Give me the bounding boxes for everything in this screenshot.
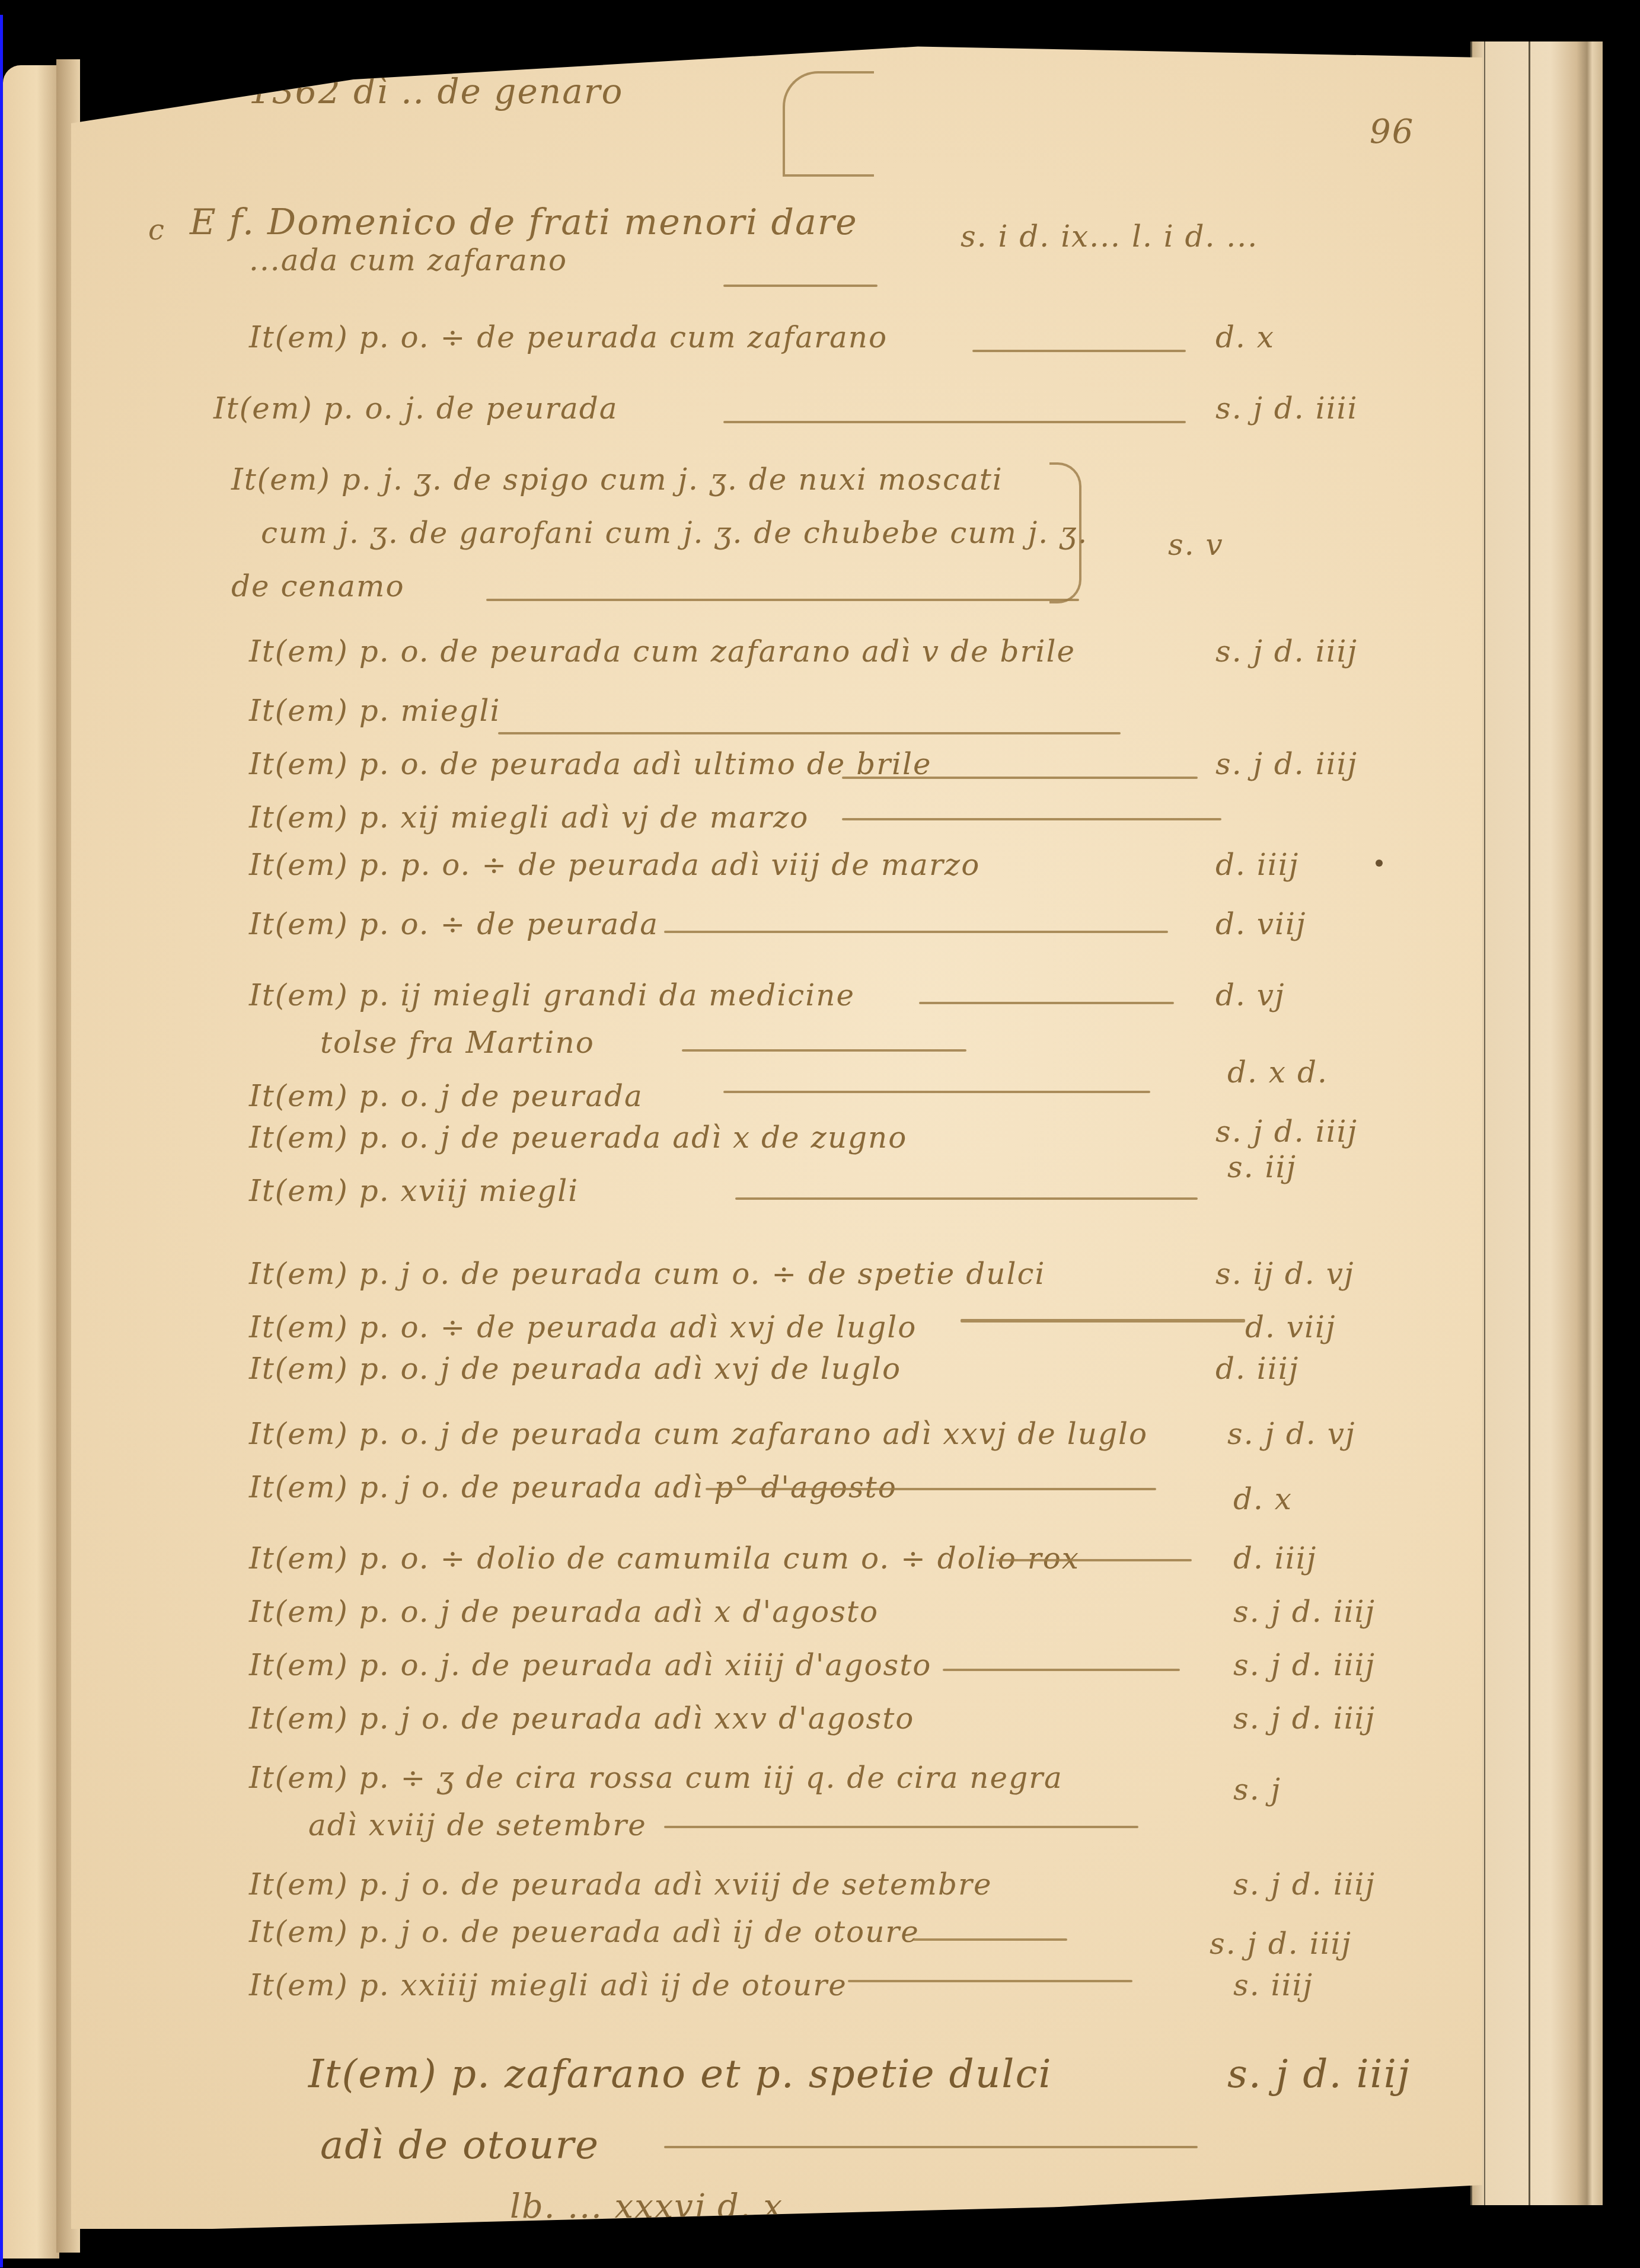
entry-text: It(em) p. ÷ ʒ de cira rossa cum iij q. d… bbox=[249, 1761, 1063, 1795]
ledger-rule bbox=[735, 1197, 1198, 1200]
entry-text: It(em) p. j o. de peuerada adì ij de oto… bbox=[249, 1915, 920, 1949]
ledger-rule bbox=[664, 931, 1168, 933]
entry-text: de cenamo bbox=[231, 569, 405, 603]
opening-entry-line2: ...ada cum zafarano bbox=[249, 243, 567, 277]
entry-amount: s. v bbox=[1168, 528, 1224, 562]
entry-text: It(em) p. o. j de peuerada adì x de zugn… bbox=[249, 1120, 907, 1155]
entry-amount: s. iiij bbox=[1233, 1968, 1313, 2002]
ledger-rule bbox=[848, 1980, 1132, 1982]
entry-amount: d. vj bbox=[1215, 978, 1285, 1012]
entry-amount: d. iiij bbox=[1215, 848, 1299, 882]
folio-number: 96 bbox=[1370, 113, 1414, 151]
page-total: lb. ... xxxvj d. x bbox=[510, 2187, 783, 2226]
opening-entry-amount: s. i d. ix... l. i d. ... bbox=[961, 219, 1258, 254]
entry-text: It(em) p. o. ÷ de peurada cum zafarano bbox=[249, 320, 888, 354]
entry-text: It(em) p. xviij miegli bbox=[249, 1174, 579, 1208]
ledger-rule bbox=[919, 1002, 1174, 1004]
entry-text: It(em) p. p. o. ÷ de peurada adì viij de… bbox=[249, 848, 980, 882]
entry-text: It(em) p. j o. de peurada adì p° d'agost… bbox=[249, 1470, 897, 1504]
ledger-rule bbox=[943, 1669, 1180, 1671]
ledger-rule bbox=[723, 285, 878, 287]
entry-text: It(em) p. o. ÷ de peurada bbox=[249, 907, 659, 941]
entry-amount: s. j d. iiij bbox=[1215, 1114, 1358, 1149]
entry-text: It(em) p. o. j de peurada bbox=[249, 1079, 643, 1113]
entry-text: It(em) p. xxiiij miegli adì ij de otoure bbox=[249, 1968, 847, 2002]
ledger-rule bbox=[996, 1559, 1192, 1561]
grouping-bracket bbox=[1049, 462, 1081, 603]
entry-amount: d. x d. bbox=[1227, 1055, 1328, 1090]
ledger-rule bbox=[664, 1826, 1138, 1828]
entry-amount: s. j d. iiij bbox=[1233, 1701, 1376, 1736]
entry-amount: d. x bbox=[1215, 320, 1275, 354]
entry-amount: d. viij bbox=[1245, 1310, 1336, 1344]
opening-entry-line1: E f. Domenico de frati menori dare bbox=[190, 202, 858, 243]
closing-entry-line1: It(em) p. zafarano et p. spetie dulci bbox=[308, 2051, 1052, 2097]
entry-text: It(em) p. o. j de peurada cum zafarano a… bbox=[249, 1417, 1148, 1451]
ledger-rule bbox=[498, 732, 1121, 734]
ink-dot bbox=[1376, 860, 1383, 867]
header-flourish bbox=[783, 71, 874, 177]
page-stack-edge bbox=[1470, 41, 1603, 2205]
entry-amount: s. iij bbox=[1227, 1150, 1297, 1184]
entry-text: cum j. ʒ. de garofani cum j. ʒ. de chube… bbox=[261, 516, 1088, 550]
ledger-rule bbox=[972, 350, 1186, 352]
ledger-rule bbox=[723, 1091, 1150, 1093]
entry-amount: s. ij d. vj bbox=[1215, 1257, 1354, 1291]
closing-entry-amount: s. j d. iiij bbox=[1227, 2051, 1411, 2097]
margin-letter: c bbox=[148, 213, 165, 247]
entry-amount: d. viij bbox=[1215, 907, 1307, 941]
entry-amount: s. j d. iiii bbox=[1215, 391, 1358, 426]
entry-text: It(em) p. o. j de peurada adì x d'agosto bbox=[249, 1595, 879, 1629]
entry-text: It(em) p. o. j. de peurada bbox=[213, 391, 618, 426]
ledger-rule bbox=[664, 2146, 1198, 2148]
entry-text: It(em) p. ij miegli grandi da medicine bbox=[249, 978, 855, 1012]
entry-text: It(em) p. o. j. de peurada adì xiiij d'a… bbox=[249, 1648, 931, 1682]
entry-text: It(em) p. o. de peurada adì ultimo de br… bbox=[249, 747, 932, 781]
entry-amount: s. j d. iiij bbox=[1215, 634, 1358, 669]
entry-amount: s. j d. iiij bbox=[1210, 1927, 1352, 1961]
entry-text: It(em) p. j o. de peurada adì xxv d'agos… bbox=[249, 1701, 914, 1736]
entry-text: It(em) p. o. ÷ dolio de camumila cum o. … bbox=[249, 1541, 1080, 1576]
entry-amount: d. x bbox=[1233, 1482, 1293, 1516]
entry-text: It(em) p. j o. de peurada adì xviij de s… bbox=[249, 1867, 993, 1902]
ledger-rule bbox=[842, 818, 1221, 820]
entry-text: It(em) p. j. ʒ. de spigo cum j. ʒ. de nu… bbox=[231, 462, 1003, 497]
entry-text: It(em) p. xij miegli adì vj de marzo bbox=[249, 800, 809, 835]
ledger-rule bbox=[486, 599, 1079, 601]
ledger-rule bbox=[682, 1049, 966, 1052]
ledger-rule bbox=[723, 421, 1186, 423]
manuscript-page: 1362 dì .. de genaro 96 c E f. Domenico … bbox=[71, 36, 1482, 2229]
entry-amount: d. iiij bbox=[1233, 1541, 1317, 1576]
entry-amount: s. j d. iiij bbox=[1233, 1867, 1376, 1902]
entry-text: adì xviij de setembre bbox=[308, 1808, 647, 1842]
entry-text: It(em) p. o. j de peurada adì xvj de lug… bbox=[249, 1352, 901, 1386]
ledger-rule bbox=[706, 1488, 1156, 1490]
facing-page-edge bbox=[3, 65, 59, 2259]
entry-amount: s. j d. iiij bbox=[1233, 1595, 1376, 1629]
entry-amount: s. j d. vj bbox=[1227, 1417, 1355, 1451]
entry-text: It(em) p. o. ÷ de peurada adì xvj de lug… bbox=[249, 1310, 917, 1344]
entry-amount: s. j d. iiij bbox=[1233, 1648, 1376, 1682]
ledger-rule bbox=[842, 777, 1198, 779]
entry-text: It(em) p. o. de peurada cum zafarano adì… bbox=[249, 634, 1076, 669]
entry-amount: s. j bbox=[1233, 1772, 1281, 1807]
entry-amount: s. j d. iiij bbox=[1215, 747, 1358, 781]
ledger-rule bbox=[913, 1938, 1067, 1941]
page-header: 1362 dì .. de genaro bbox=[249, 71, 623, 111]
entry-text: It(em) p. j o. de peurada cum o. ÷ de sp… bbox=[249, 1257, 1045, 1291]
closing-entry-line2: adì de otoure bbox=[320, 2122, 599, 2168]
entry-text: tolse fra Martino bbox=[320, 1026, 595, 1060]
ledger-rule bbox=[961, 1319, 1245, 1323]
entry-text: It(em) p. miegli bbox=[249, 694, 501, 728]
entry-amount: d. iiij bbox=[1215, 1352, 1299, 1386]
